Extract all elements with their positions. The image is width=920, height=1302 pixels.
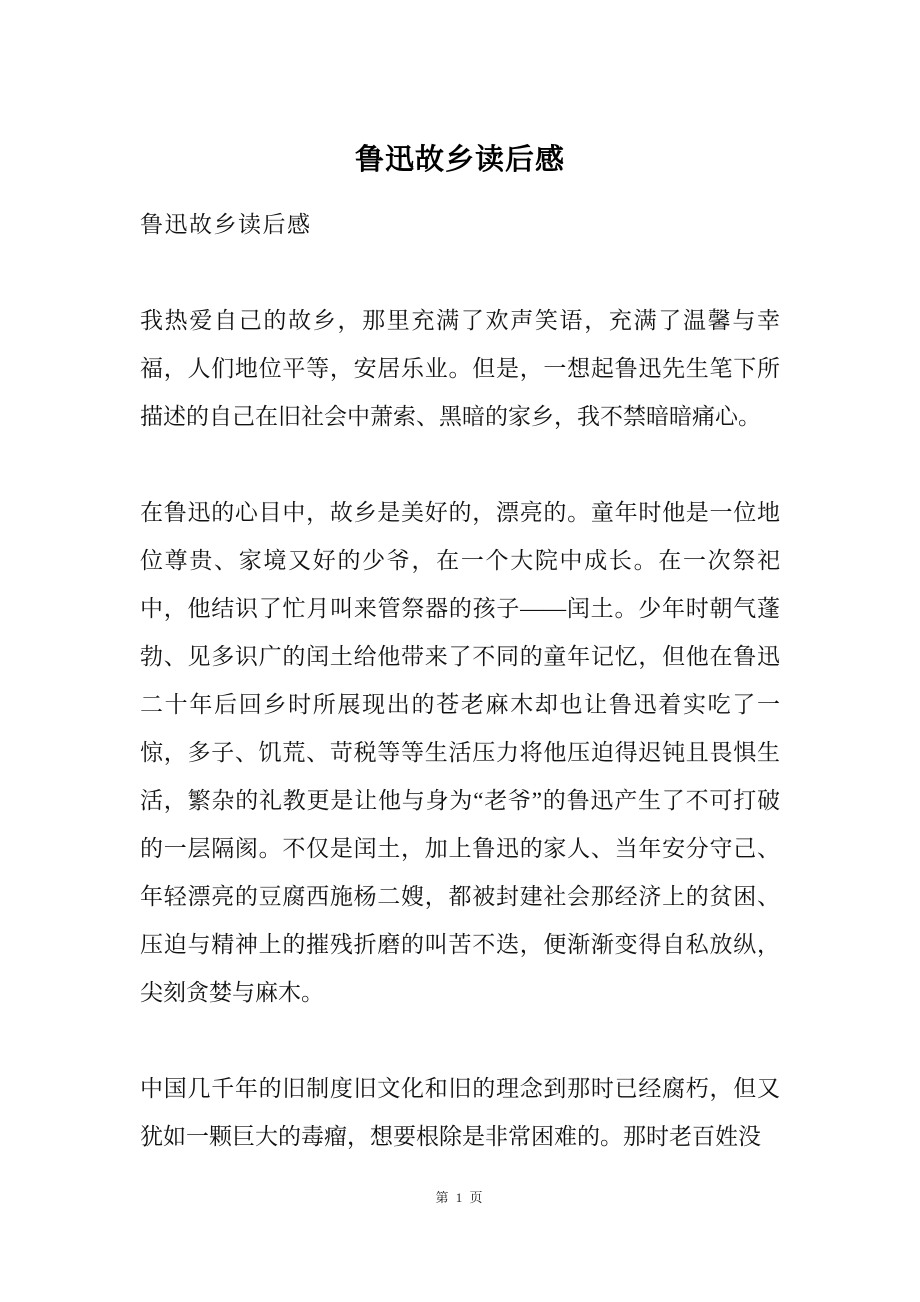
paragraph-1: 我热爱自己的故乡，那里充满了欢声笑语，充满了温馨与幸福，人们地位平等，安居乐业。… [140, 297, 780, 441]
page-footer: 第 1 页 [0, 1188, 920, 1208]
document-body: 我热爱自己的故乡，那里充满了欢声笑语，充满了温馨与幸福，人们地位平等，安居乐业。… [140, 297, 780, 1161]
page-number-label: 第 1 页 [435, 1190, 484, 1205]
paragraph-3: 中国几千年的旧制度旧文化和旧的理念到那时已经腐朽，但又犹如一颗巨大的毒瘤，想要根… [140, 1065, 780, 1161]
document-subtitle: 鲁迅故乡读后感 [140, 201, 780, 249]
document-page: 鲁迅故乡读后感 鲁迅故乡读后感 我热爱自己的故乡，那里充满了欢声笑语，充满了温馨… [0, 0, 920, 1302]
paragraph-2: 在鲁迅的心目中，故乡是美好的，漂亮的。童年时他是一位地位尊贵、家境又好的少爷，在… [140, 489, 780, 1017]
document-title: 鲁迅故乡读后感 [0, 0, 920, 184]
